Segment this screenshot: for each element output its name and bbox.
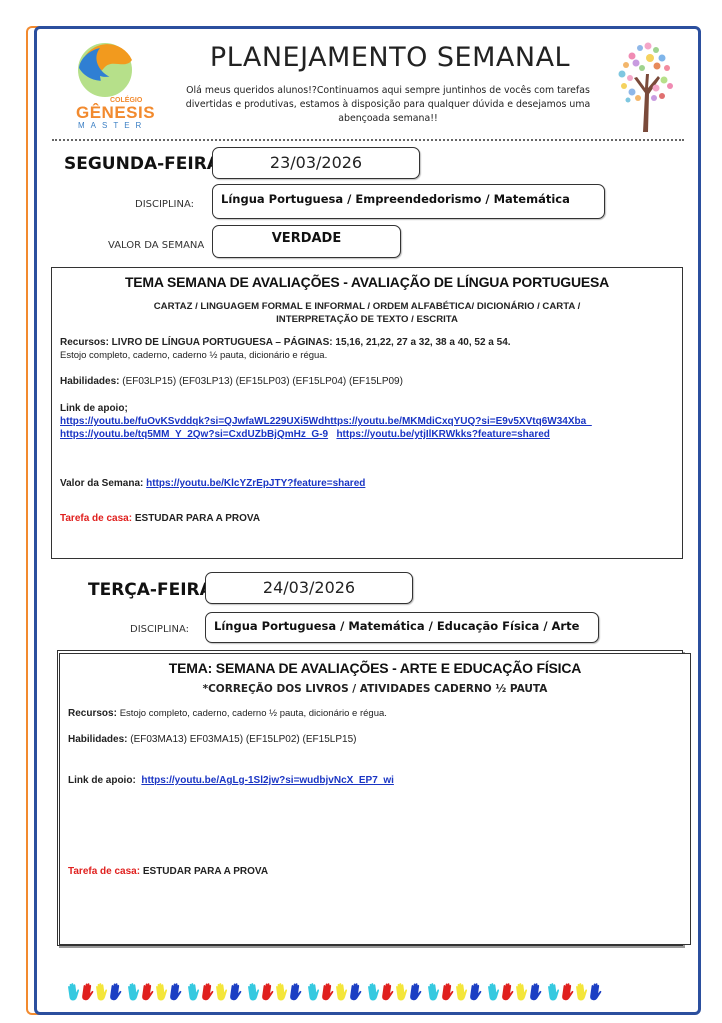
page-title: PLANEJAMENTO SEMANAL	[180, 42, 600, 73]
date-field-tuesday: 24/03/2026	[205, 572, 413, 604]
hand-icon	[394, 982, 408, 1002]
hand-icon	[260, 982, 274, 1002]
link-label-monday: Link de apoio;	[60, 402, 682, 415]
hand-icon	[454, 982, 468, 1002]
hand-icon	[274, 982, 288, 1002]
hand-icon	[366, 982, 380, 1002]
tema-tuesday: TEMA: SEMANA DE AVALIAÇÕES - ARTE E EDUC…	[60, 660, 690, 676]
disciplina-field-tuesday: Língua Portuguesa / Matemática / Educaçã…	[205, 612, 599, 643]
content-box-tuesday: TEMA: SEMANA DE AVALIAÇÕES - ARTE E EDUC…	[59, 653, 691, 945]
colorful-tree-icon	[612, 38, 678, 132]
hand-icon	[154, 982, 168, 1002]
habilidades-label-tuesday: Habilidades:	[68, 734, 127, 745]
hand-group	[426, 982, 482, 1004]
hand-icon	[94, 982, 108, 1002]
hand-icon	[186, 982, 200, 1002]
support-link-tuesday[interactable]: https://youtu.be/AgLg-1Sl2jw?si=wudbjvNc…	[141, 775, 394, 786]
link-label-tuesday: Link de apoio:	[68, 775, 136, 786]
logo-master-text: MASTER	[78, 121, 147, 130]
hand-group	[186, 982, 242, 1004]
recursos-tuesday: Estojo completo, caderno, caderno ½ paut…	[120, 708, 387, 719]
hand-icon	[80, 982, 94, 1002]
hands-border-decoration	[66, 982, 666, 1004]
hand-icon	[288, 982, 302, 1002]
subtema-monday-line1: CARTAZ / LINGUAGEM FORMAL E INFORMAL / O…	[52, 300, 682, 313]
hand-icon	[468, 982, 482, 1002]
hand-icon	[200, 982, 214, 1002]
recursos-label-tuesday: Recursos:	[68, 708, 117, 719]
disciplina-tuesday: Língua Portuguesa / Matemática / Educaçã…	[206, 613, 598, 640]
support-link-3[interactable]: https://youtu.be/ytjIlKRWkks?feature=sha…	[336, 429, 549, 440]
tarefa-monday: ESTUDAR PARA A PROVA	[135, 513, 260, 524]
date-tuesday: 24/03/2026	[206, 573, 412, 603]
hand-group	[366, 982, 422, 1004]
tarefa-tuesday: ESTUDAR PARA A PROVA	[143, 866, 268, 877]
hand-icon	[66, 982, 80, 1002]
recursos-text-monday: Estojo completo, caderno, caderno ½ paut…	[60, 349, 682, 362]
recursos-monday: Recursos: LIVRO DE LÍNGUA PORTUGUESA – P…	[60, 336, 682, 349]
valor-monday: VERDADE	[213, 226, 400, 252]
hand-icon	[348, 982, 362, 1002]
hand-icon	[380, 982, 394, 1002]
hand-icon	[334, 982, 348, 1002]
hand-group	[306, 982, 362, 1004]
header-divider	[52, 139, 684, 141]
support-link-1[interactable]: https://youtu.be/fuOvKSvddqk?si=QJwfaWL2…	[60, 416, 592, 427]
hand-icon	[440, 982, 454, 1002]
disciplina-label-tuesday: DISCIPLINA:	[130, 624, 189, 635]
habilidades-monday: (EF03LP15) (EF03LP13) (EF15LP03) (EF15LP…	[122, 376, 403, 387]
hand-icon	[108, 982, 122, 1002]
hand-icon	[574, 982, 588, 1002]
hand-icon	[500, 982, 514, 1002]
support-link-2[interactable]: https://youtu.be/tq5MM_Y_2Qw?si=CxdUZbBj…	[60, 429, 328, 440]
habilidades-tuesday: (EF03MA13) EF03MA15) (EF15LP02) (EF15LP1…	[130, 734, 356, 745]
hand-icon	[306, 982, 320, 1002]
tema-monday: TEMA SEMANA DE AVALIAÇÕES - AVALIAÇÃO DE…	[52, 274, 682, 290]
disciplina-label-monday: DISCIPLINA:	[135, 199, 194, 210]
hand-icon	[408, 982, 422, 1002]
content-box-monday: TEMA SEMANA DE AVALIAÇÕES - AVALIAÇÃO DE…	[51, 267, 683, 559]
hand-icon	[140, 982, 154, 1002]
subtema-tuesday: *CORREÇÃO DOS LIVROS / ATIVIDADES CADERN…	[60, 683, 690, 696]
hand-icon	[126, 982, 140, 1002]
hand-icon	[514, 982, 528, 1002]
school-logo-icon: COLÉGIO GÊNESIS MASTER	[70, 40, 160, 132]
disciplina-field-monday: Língua Portuguesa / Empreendedorismo / M…	[212, 184, 605, 219]
disciplina-monday: Língua Portuguesa / Empreendedorismo / M…	[213, 185, 604, 213]
day-label-tuesday: TERÇA-FEIRA	[88, 580, 213, 600]
hand-icon	[486, 982, 500, 1002]
valor-field-monday: VERDADE	[212, 225, 401, 258]
hand-icon	[320, 982, 334, 1002]
valor-semana-link[interactable]: https://youtu.be/KlcYZrEpJTY?feature=sha…	[146, 478, 365, 489]
day-label-monday: SEGUNDA-FEIRA	[64, 154, 220, 174]
hand-group	[126, 982, 182, 1004]
tarefa-label-tuesday: Tarefa de casa:	[68, 866, 140, 877]
hand-icon	[528, 982, 542, 1002]
hand-icon	[588, 982, 602, 1002]
valor-semana-label: Valor da Semana:	[60, 478, 143, 489]
hand-icon	[168, 982, 182, 1002]
hand-icon	[228, 982, 242, 1002]
hand-icon	[546, 982, 560, 1002]
tarefa-label-monday: Tarefa de casa:	[60, 513, 132, 524]
date-monday: 23/03/2026	[213, 148, 419, 178]
hand-group	[486, 982, 542, 1004]
intro-message: Olá meus queridos alunos!?Continuamos aq…	[178, 84, 598, 126]
hand-icon	[246, 982, 260, 1002]
subtema-monday-line2: INTERPRETAÇÃO DE TEXTO / ESCRITA	[52, 313, 682, 326]
hand-icon	[214, 982, 228, 1002]
logo-genesis-text: GÊNESIS	[76, 103, 155, 123]
valor-label-monday: VALOR DA SEMANA	[108, 240, 204, 251]
habilidades-label-monday: Habilidades:	[60, 376, 119, 387]
hand-icon	[426, 982, 440, 1002]
hand-group	[246, 982, 302, 1004]
hand-icon	[560, 982, 574, 1002]
date-field-monday: 23/03/2026	[212, 147, 420, 179]
hand-group	[66, 982, 122, 1004]
hand-group	[546, 982, 602, 1004]
